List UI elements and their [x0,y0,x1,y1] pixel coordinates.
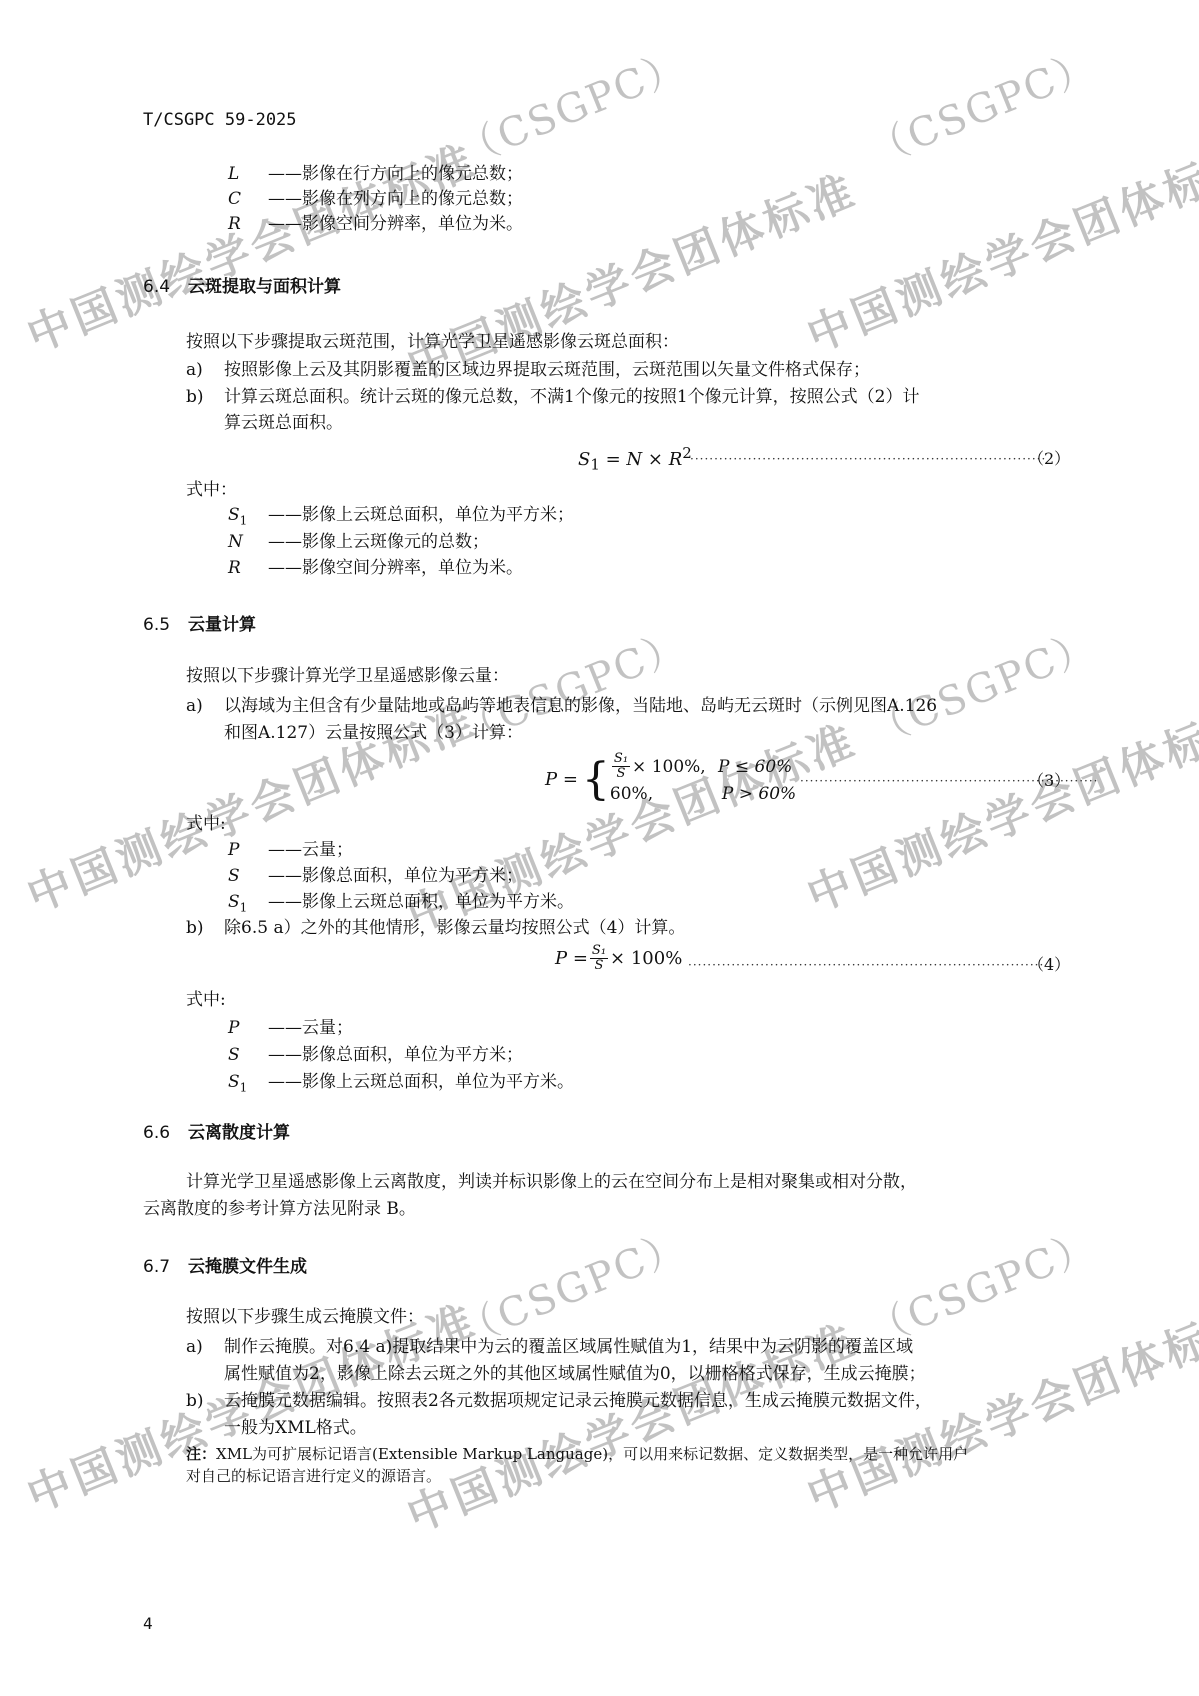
fraction: S₁S [612,752,630,781]
formula-lhs: S [578,449,590,470]
list-item-b-cont: 一般为XML格式。 [224,1416,367,1440]
var-def: S1——影像上云斑总面积，单位为平方米。 [228,890,574,919]
var-symbol: P [228,1016,268,1040]
var-desc: ——影像上云斑总面积，单位为平方米。 [268,892,574,912]
list-label: a) [186,1335,224,1359]
var-def-R: R——影像空间分辨率，单位为米。 [228,212,523,236]
var-def: S1——影像上云斑总面积，单位为平方米； [228,503,574,532]
var-def-L: L——影像在行方向上的像元总数； [228,162,523,186]
var-desc: ——影像在列方向上的像元总数； [268,189,523,209]
section-title: 云量计算 [188,615,256,635]
var-desc: ——影像在行方向上的像元总数； [268,164,523,184]
list-item-a: a)以海域为主但含有少量陆地或岛屿等地表信息的影像，当陆地、岛屿无云斑时（示例见… [186,694,937,718]
watermark-code: （CSGPC） [449,34,694,177]
watermark-text: 中国测绘学会团体标准 [796,125,1199,364]
list-item-a-cont: 属性赋值为2，影像上除去云斑之外的其他区域属性赋值为0，以栅格格式保存，生成云掩… [224,1362,926,1386]
paragraph: 按照以下步骤计算光学卫星遥感影像云量： [186,664,509,688]
list-label: b) [186,1389,224,1413]
list-text: 除6.5 a）之外的其他情形，影像云量均按照公式（4）计算。 [224,918,685,938]
var-symbol: S [228,1043,268,1067]
fraction: S₁S [590,944,608,973]
var-def-C: C——影像在列方向上的像元总数； [228,187,523,211]
note-text: XML为可扩展标记语言(Extensible Markup Language)，… [216,1445,968,1463]
section-number: 6.6 [143,1123,170,1143]
paragraph: 按照以下步骤提取云斑范围，计算光学卫星遥感影像云斑总面积： [186,330,679,354]
list-text: 制作云掩膜。对6.4 a)提取结果中为云的覆盖区域属性赋值为1，结果中为云阴影的… [224,1337,913,1357]
var-symbol: S1 [228,890,268,919]
section-heading-6-5: 6.5云量计算 [143,610,256,635]
formula-rhs: = N × R [606,449,683,470]
var-symbol: S [228,864,268,888]
watermark-text: 中国测绘学会团体标准 [796,685,1199,924]
where-label: 式中: [186,812,226,836]
section-number: 6.7 [143,1257,170,1277]
watermark-code: （CSGPC） [859,34,1104,177]
note-cont: 对自己的标记语言进行定义的源语言。 [186,1465,441,1487]
leader-dots: ········································… [688,958,1044,972]
list-label: a) [186,358,224,382]
leader-dots: ········································… [690,452,1046,466]
var-def: S1——影像上云斑总面积，单位为平方米。 [228,1070,574,1099]
var-symbol: R [228,556,268,580]
var-symbol: P [228,838,268,862]
list-item-a: a)制作云掩膜。对6.4 a)提取结果中为云的覆盖区域属性赋值为1，结果中为云阴… [186,1335,913,1359]
list-label: b) [186,916,224,940]
list-text: 按照影像上云及其阴影覆盖的区域边界提取云斑范围，云斑范围以矢量文件格式保存； [224,360,870,380]
var-desc: ——影像空间分辨率，单位为米。 [268,214,523,234]
brace-glyph: { [582,758,610,802]
equation-number: （2） [1028,446,1070,469]
var-desc: ——影像上云斑像元的总数； [268,532,489,552]
var-def: S——影像总面积，单位为平方米； [228,1043,523,1067]
case1-expr: × 100%, [632,754,718,780]
var-desc: ——影像上云斑总面积，单位为平方米； [268,505,574,525]
var-desc: ——云量； [268,840,353,860]
paragraph-line: 云离散度的参考计算方法见附录 B。 [143,1197,416,1221]
var-def: R——影像空间分辨率，单位为米。 [228,556,523,580]
var-symbol: S1 [228,1070,268,1099]
var-symbol: S1 [228,503,268,532]
list-label: a) [186,694,224,718]
var-desc: ——影像总面积，单位为平方米； [268,1045,523,1065]
formula-lhs: P = [545,769,578,790]
note-label: 注： [186,1445,216,1463]
var-symbol: N [228,530,268,554]
formula-4: P = S₁S × 100% [555,944,682,973]
formula-3: P = { S₁S × 100%, P ≤ 60% 60%, P > 60% [545,752,796,807]
paragraph-line: 计算光学卫星遥感影像上云离散度，判读并标识影像上的云在空间分布上是相对聚集或相对… [186,1170,917,1194]
formula-sub: 1 [590,456,600,474]
list-item-b: b)除6.5 a）之外的其他情形，影像云量均按照公式（4）计算。 [186,916,685,940]
var-desc: ——影像空间分辨率，单位为米。 [268,558,523,578]
where-label: 式中: [186,988,226,1012]
paragraph: 按照以下步骤生成云掩膜文件： [186,1305,424,1329]
section-heading-6-6: 6.6云离散度计算 [143,1118,290,1143]
list-text: 以海域为主但含有少量陆地或岛屿等地表信息的影像，当陆地、岛屿无云斑时（示例见图A… [224,696,937,716]
var-def: S——影像总面积，单位为平方米； [228,864,523,888]
doc-code-header: T/CSGPC 59-2025 [143,110,297,130]
var-symbol: L [228,162,268,186]
list-text: 计算云斑总面积。统计云斑的像元总数，不满1个像元的按照1个像元计算，按照公式（2… [224,387,919,407]
list-text: 云掩膜元数据编辑。按照表2各元数据项规定记录云掩膜元数据信息，生成云掩膜元数据文… [224,1391,932,1411]
section-title: 云斑提取与面积计算 [188,277,341,297]
list-item-b: b)计算云斑总面积。统计云斑的像元总数，不满1个像元的按照1个像元计算，按照公式… [186,385,919,409]
watermark-text: 中国测绘学会团体标准 [16,125,485,364]
var-def: N——影像上云斑像元的总数； [228,530,489,554]
list-label: b) [186,385,224,409]
page-number: 4 [143,1614,153,1633]
section-title: 云掩膜文件生成 [188,1257,307,1277]
formula-lhs: P = [555,948,588,969]
formula-2: S1 = N × R2 [578,444,692,474]
list-item-a: a)按照影像上云及其阴影覆盖的区域边界提取云斑范围，云斑范围以矢量文件格式保存； [186,358,870,382]
section-number: 6.5 [143,615,170,635]
note: 注：XML为可扩展标记语言(Extensible Markup Language… [186,1443,968,1465]
var-def: P——云量； [228,1016,353,1040]
var-symbol: C [228,187,268,211]
list-item-a-cont: 和图A.127）云量按照公式（3）计算： [224,721,523,745]
watermark-code: （CSGPC） [859,614,1104,757]
equation-number: （4） [1028,952,1070,975]
var-desc: ——影像总面积，单位为平方米； [268,866,523,886]
section-title: 云离散度计算 [188,1123,290,1143]
list-item-b: b)云掩膜元数据编辑。按照表2各元数据项规定记录云掩膜元数据信息，生成云掩膜元数… [186,1389,932,1413]
section-number: 6.4 [143,277,170,297]
where-label: 式中： [186,478,237,502]
section-heading-6-4: 6.4云斑提取与面积计算 [143,272,341,297]
formula-rhs: × 100% [610,948,682,969]
case2-cond: P > 60% [722,781,796,807]
list-item-b-cont: 算云斑总面积。 [224,411,343,435]
case1-cond: P ≤ 60% [718,754,792,780]
case2-expr: 60%, [610,781,722,807]
var-desc: ——云量； [268,1018,353,1038]
var-symbol: R [228,212,268,236]
var-def: P——云量； [228,838,353,862]
equation-number: （3） [1028,768,1070,791]
var-desc: ——影像上云斑总面积，单位为平方米。 [268,1072,574,1092]
section-heading-6-7: 6.7云掩膜文件生成 [143,1252,307,1277]
